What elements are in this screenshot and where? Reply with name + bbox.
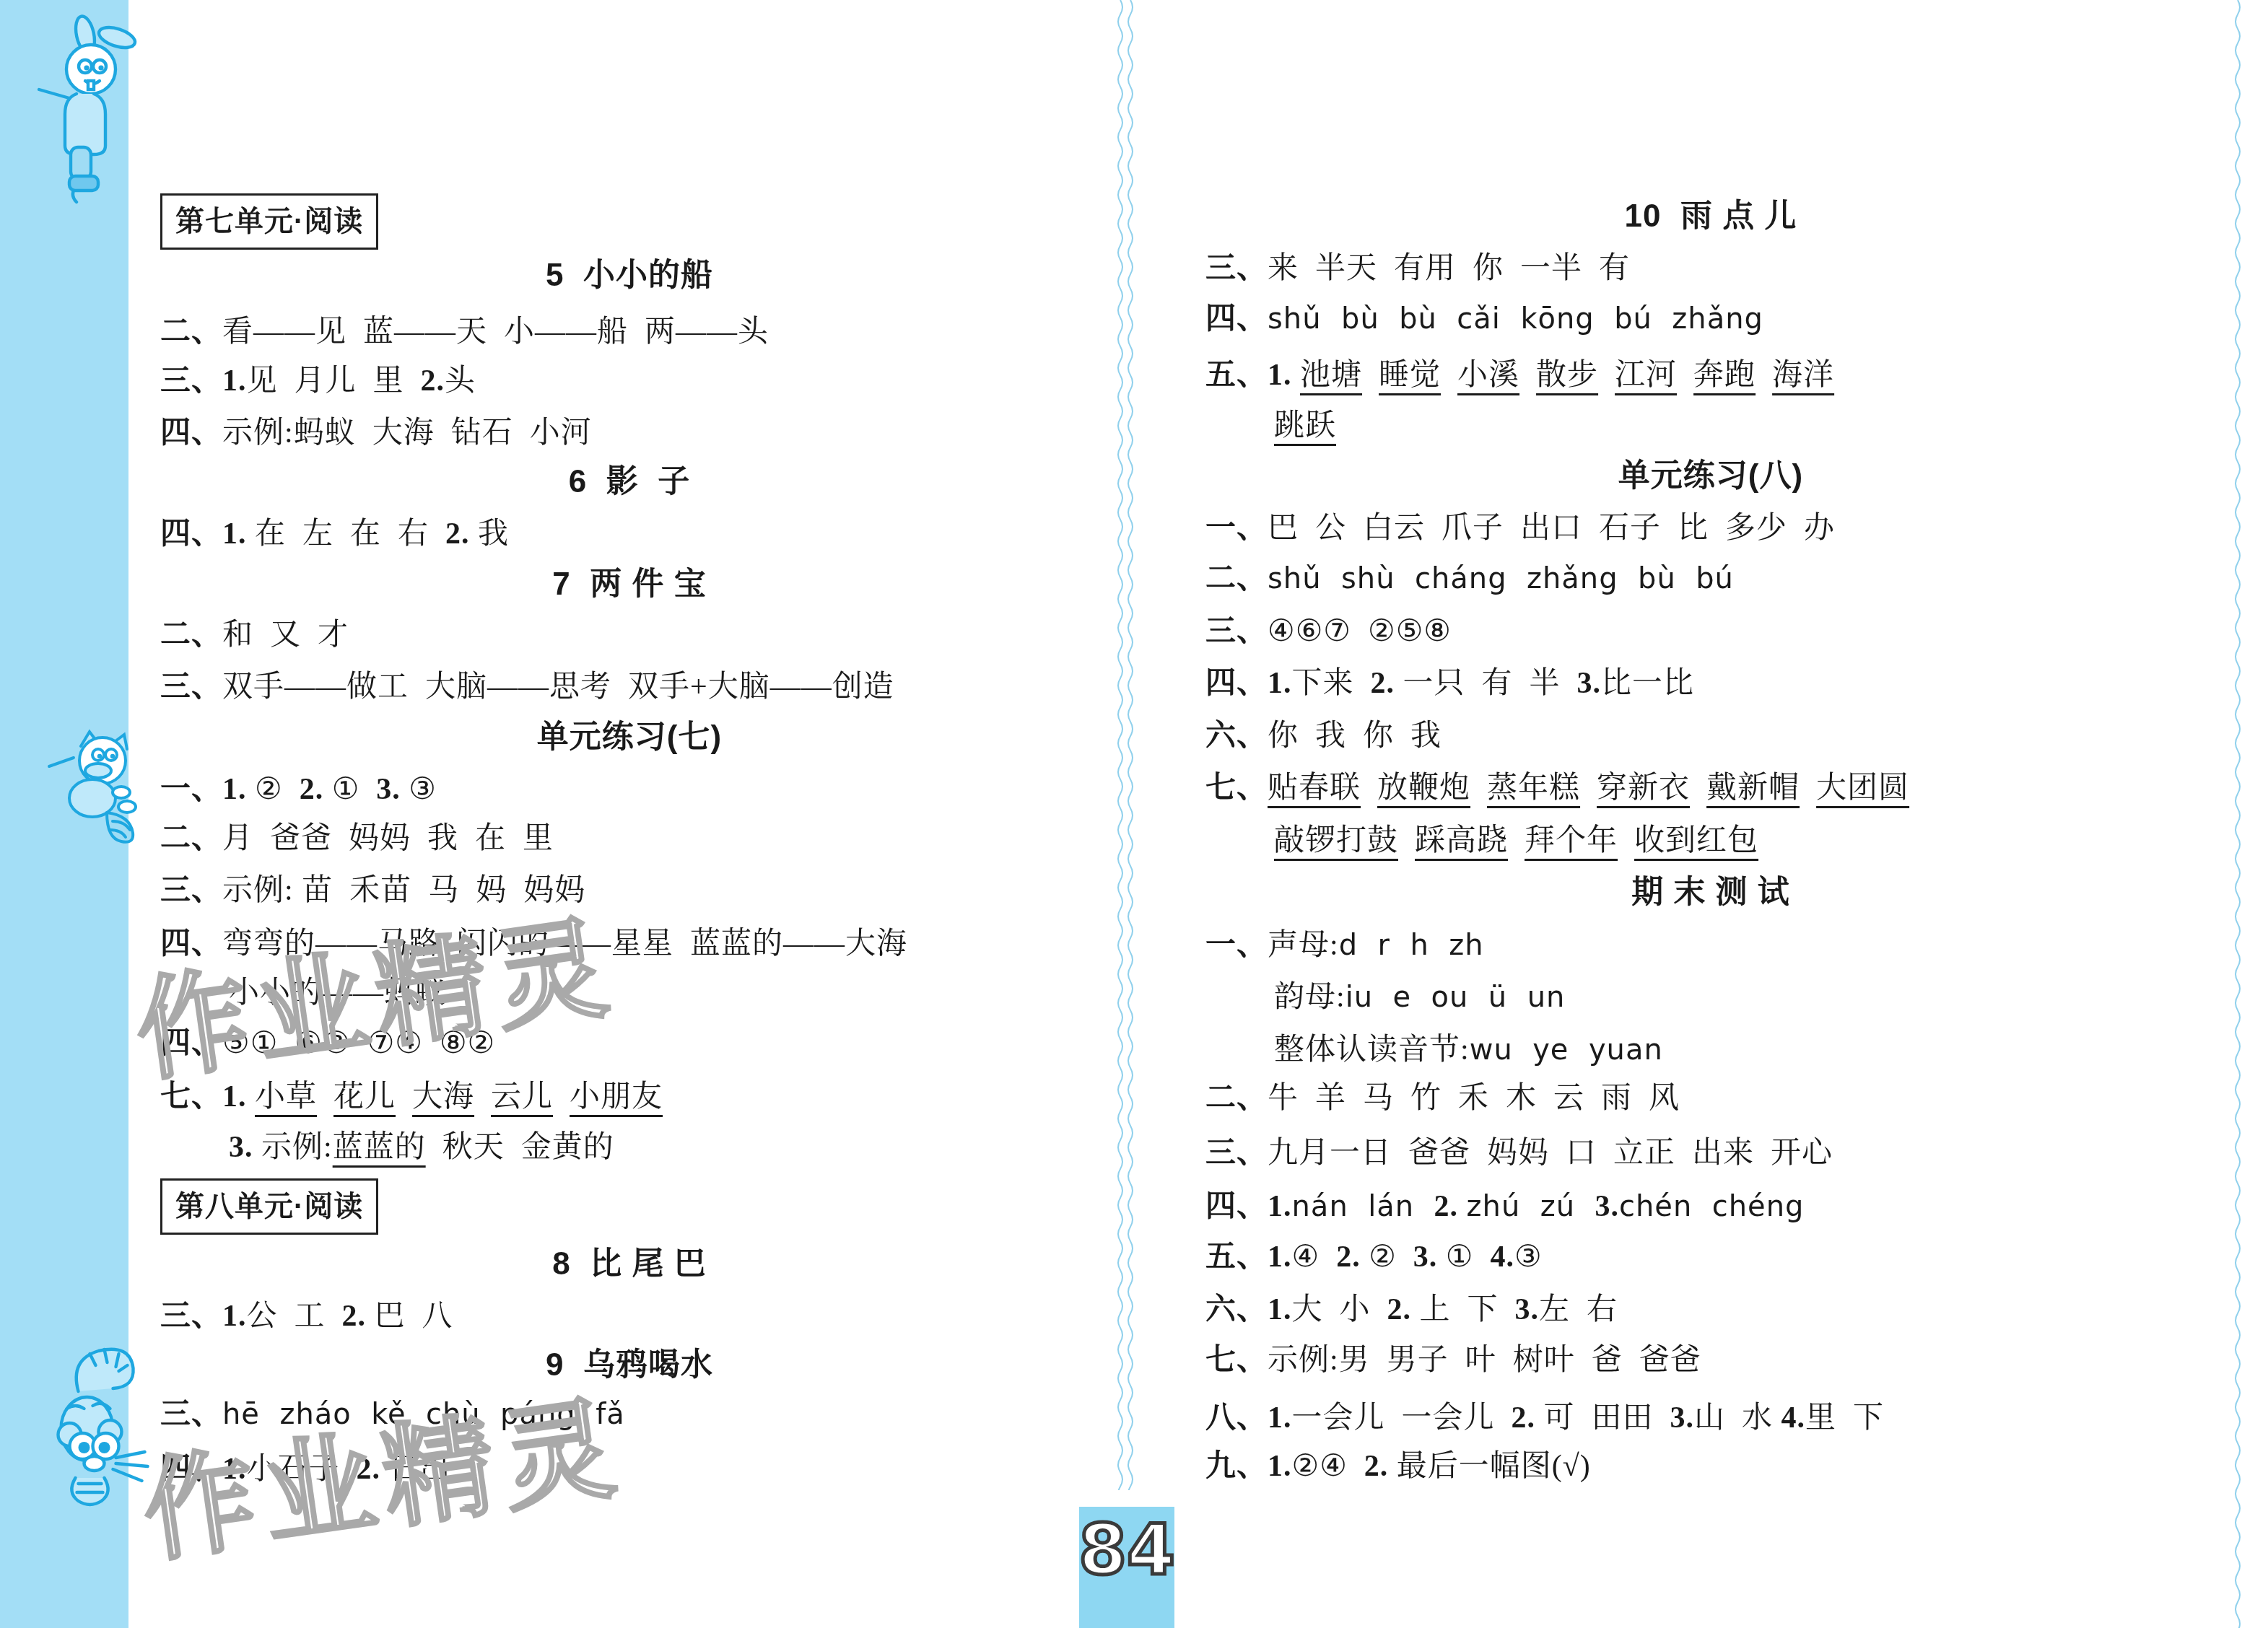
answer-line: 六、你 我 你 我 <box>1205 714 1442 758</box>
answer-line: 四、shǔ bù bù cǎi kōng bú zhǎng <box>1205 297 1763 341</box>
answer-line: 二、shǔ shù cháng zhǎng bù bú <box>1205 557 1734 600</box>
answer-line: 四、1.下来 2. 一只 有 半 3.比一比 <box>1205 662 1694 705</box>
section-heading: 单元练习(八) <box>1205 455 2216 498</box>
answer-line: 一、声母:d r h zh <box>1205 924 1484 967</box>
answer-line: 三、九月一日 爸爸 妈妈 口 立正 出来 开心 <box>1205 1132 1833 1175</box>
answer-line: 跳跃 <box>1274 404 1336 447</box>
answer-line: 八、1.一会儿 一会儿 2. 可 田田 3.山 水 4.里 下 <box>1205 1396 1884 1440</box>
answer-line: 四、1.nán lán 2. zhú zú 3.chén chéng <box>1205 1185 1804 1228</box>
answer-line: 韵母:iu e ou ü un <box>1274 976 1565 1019</box>
page-number: 84 <box>1078 1513 1175 1589</box>
answer-line: 整体认读音节:wu ye yuan <box>1274 1028 1663 1072</box>
answer-line: 二、牛 羊 马 竹 禾 木 云 雨 风 <box>1205 1077 1680 1120</box>
answer-line: 三、来 半天 有用 你 一半 有 <box>1205 247 1630 290</box>
answer-line: 一、巴 公 白云 爪子 出口 石子 比 多少 办 <box>1205 507 1835 550</box>
answer-line: 七、示例:男 男子 叶 树叶 爸 爸爸 <box>1205 1339 1701 1382</box>
answer-line: 七、贴春联 放鞭炮 蒸年糕 穿新衣 戴新帽 大团圆 <box>1205 766 1909 810</box>
page-number-box: 84 <box>1079 1507 1174 1628</box>
answer-line: 五、1.④ 2. ② 3. ① 4.③ <box>1205 1235 1543 1279</box>
answer-line: 敲锣打鼓 踩高跷 拜个年 收到红包 <box>1274 819 1758 862</box>
answer-line: 六、1.大 小 2. 上 下 3.左 右 <box>1205 1288 1618 1331</box>
answer-line: 五、1. 池塘 睡觉 小溪 散步 江河 奔跑 海洋 <box>1205 354 1834 397</box>
section-heading: 期 末 测 试 <box>1205 871 2216 914</box>
column-right: 10 雨 点 儿三、来 半天 有用 你 一半 有四、shǔ bù bù cǎi … <box>0 0 2268 1628</box>
answer-line: 三、④⑥⑦ ②⑤⑧ <box>1205 610 1452 653</box>
section-heading: 10 雨 点 儿 <box>1205 195 2216 238</box>
answer-line: 九、1.②④ 2. 最后一幅图(√) <box>1205 1445 1591 1488</box>
